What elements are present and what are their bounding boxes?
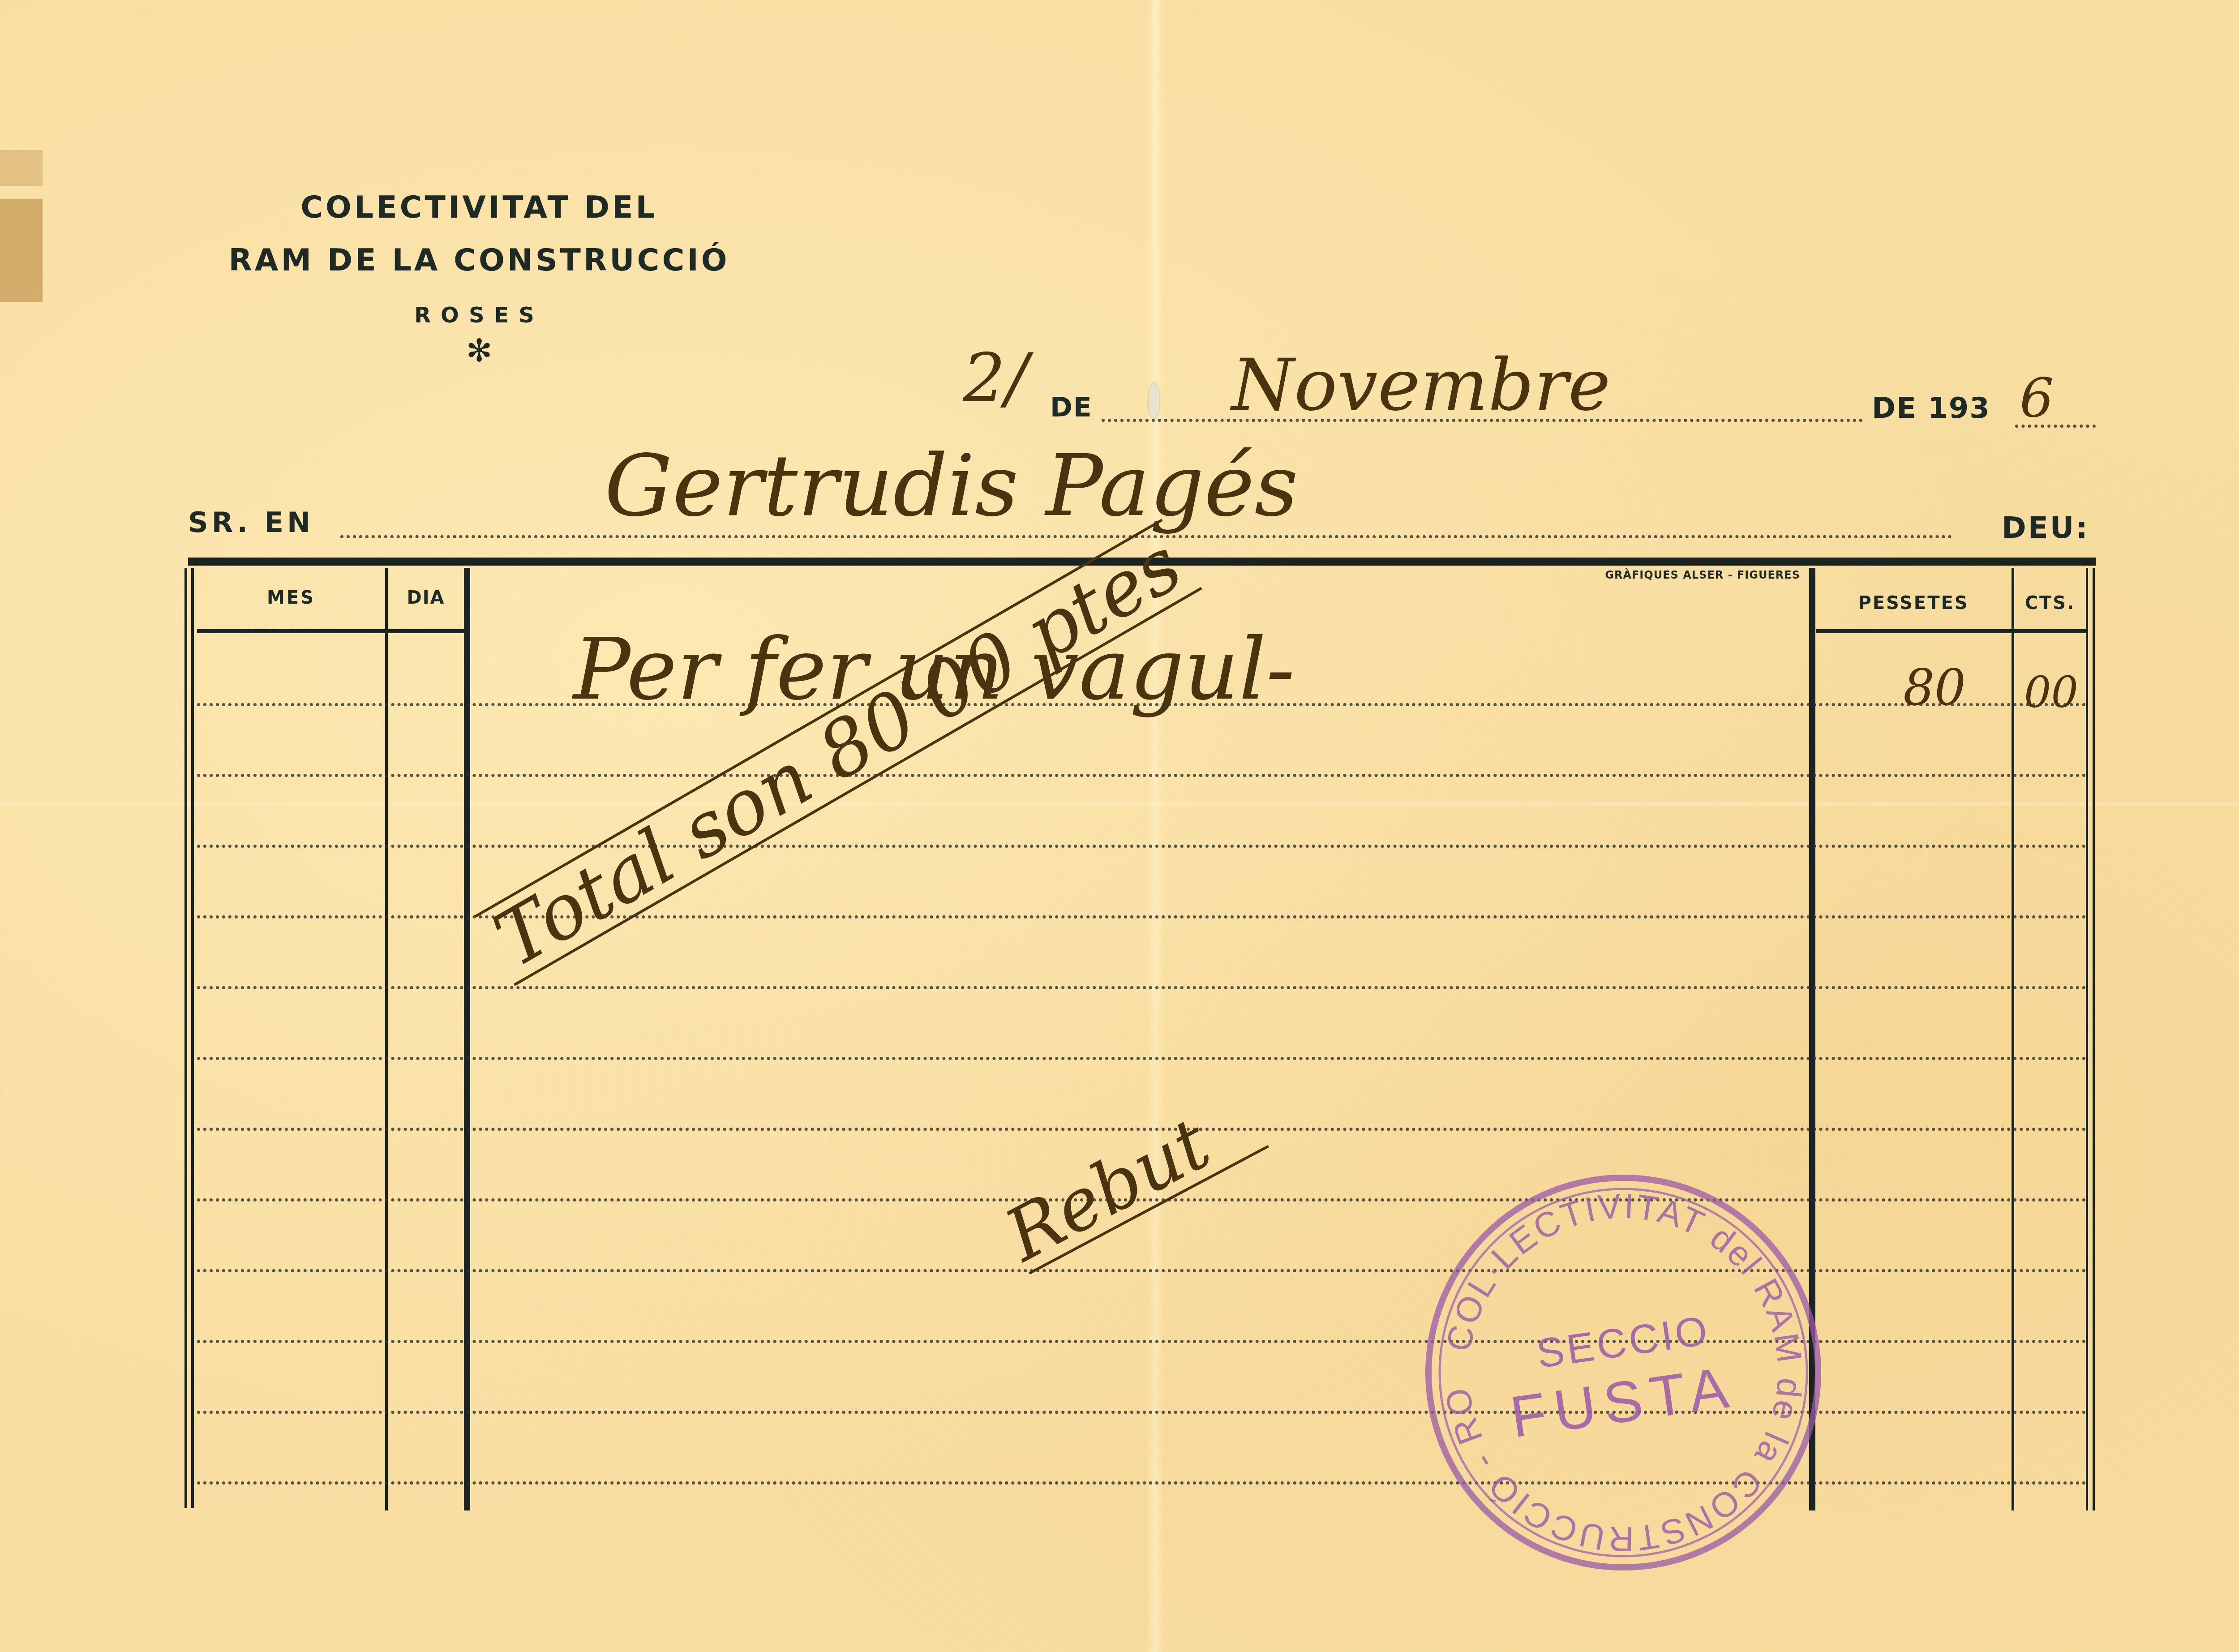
table-left-border-outer bbox=[184, 568, 187, 1508]
date-day-handwritten: 2/ bbox=[963, 345, 1028, 412]
row-pessetes-handwritten: 80 bbox=[1903, 663, 1966, 712]
header-underline-right bbox=[1816, 629, 2087, 633]
row-line bbox=[197, 774, 2087, 777]
letterhead-line1: COLECTIVITAT DEL bbox=[170, 193, 788, 223]
row-line bbox=[197, 986, 2087, 989]
year-prefix-label: DE 193 bbox=[1872, 392, 1990, 425]
recipient-name-handwritten: Gertrudis Pagés bbox=[605, 443, 1298, 528]
row-cts-handwritten: 00 bbox=[2024, 672, 2078, 714]
year-dotted-line bbox=[2015, 425, 2096, 428]
date-de-label: DE bbox=[1050, 392, 1093, 423]
rubber-stamp: COL·LECTIVITAT del RAM de la CONSTRUCCIÓ… bbox=[1422, 1171, 1825, 1574]
header-underline-left bbox=[197, 629, 465, 633]
punch-hole bbox=[1149, 383, 1159, 419]
header-dia: DIA bbox=[388, 588, 464, 608]
header-cts: CTS. bbox=[2014, 593, 2086, 614]
tape-stain bbox=[0, 199, 43, 302]
sr-en-label: SR. EN bbox=[188, 506, 314, 539]
table-left-border-inner bbox=[191, 568, 194, 1508]
header-pessetes: PESSETES bbox=[1815, 593, 2012, 614]
col-divider-dia-desc bbox=[464, 568, 470, 1510]
table-right-border-inner bbox=[2086, 568, 2088, 1510]
received-note-text: Rebut bbox=[995, 1081, 1269, 1274]
paper-fold bbox=[0, 802, 2239, 806]
header-mes: MES bbox=[197, 588, 385, 608]
table-right-border-outer bbox=[2093, 568, 2095, 1510]
letterhead: COLECTIVITAT DEL RAM DE LA CONSTRUCCIÓ R… bbox=[170, 193, 788, 366]
row-line bbox=[197, 1057, 2087, 1060]
row-line bbox=[197, 845, 2087, 848]
deu-label: DEU: bbox=[2002, 511, 2089, 545]
letterhead-line2: RAM DE LA CONSTRUCCIÓ bbox=[170, 245, 788, 276]
col-divider-pessetes-cts bbox=[2012, 568, 2014, 1510]
year-digit-handwritten: 6 bbox=[2020, 372, 2054, 425]
date-month-handwritten: Novembre bbox=[1231, 349, 1611, 421]
printer-credit: GRÀFIQUES ALSER - FIGUERES bbox=[1523, 569, 1800, 581]
letterhead-line3: ROSES bbox=[170, 305, 788, 326]
col-divider-mes-dia bbox=[385, 568, 388, 1510]
received-signature: Rebut bbox=[995, 1081, 1269, 1274]
asterisk-ornament-icon: ✻ bbox=[170, 335, 788, 366]
tape-stain-top bbox=[0, 150, 43, 186]
